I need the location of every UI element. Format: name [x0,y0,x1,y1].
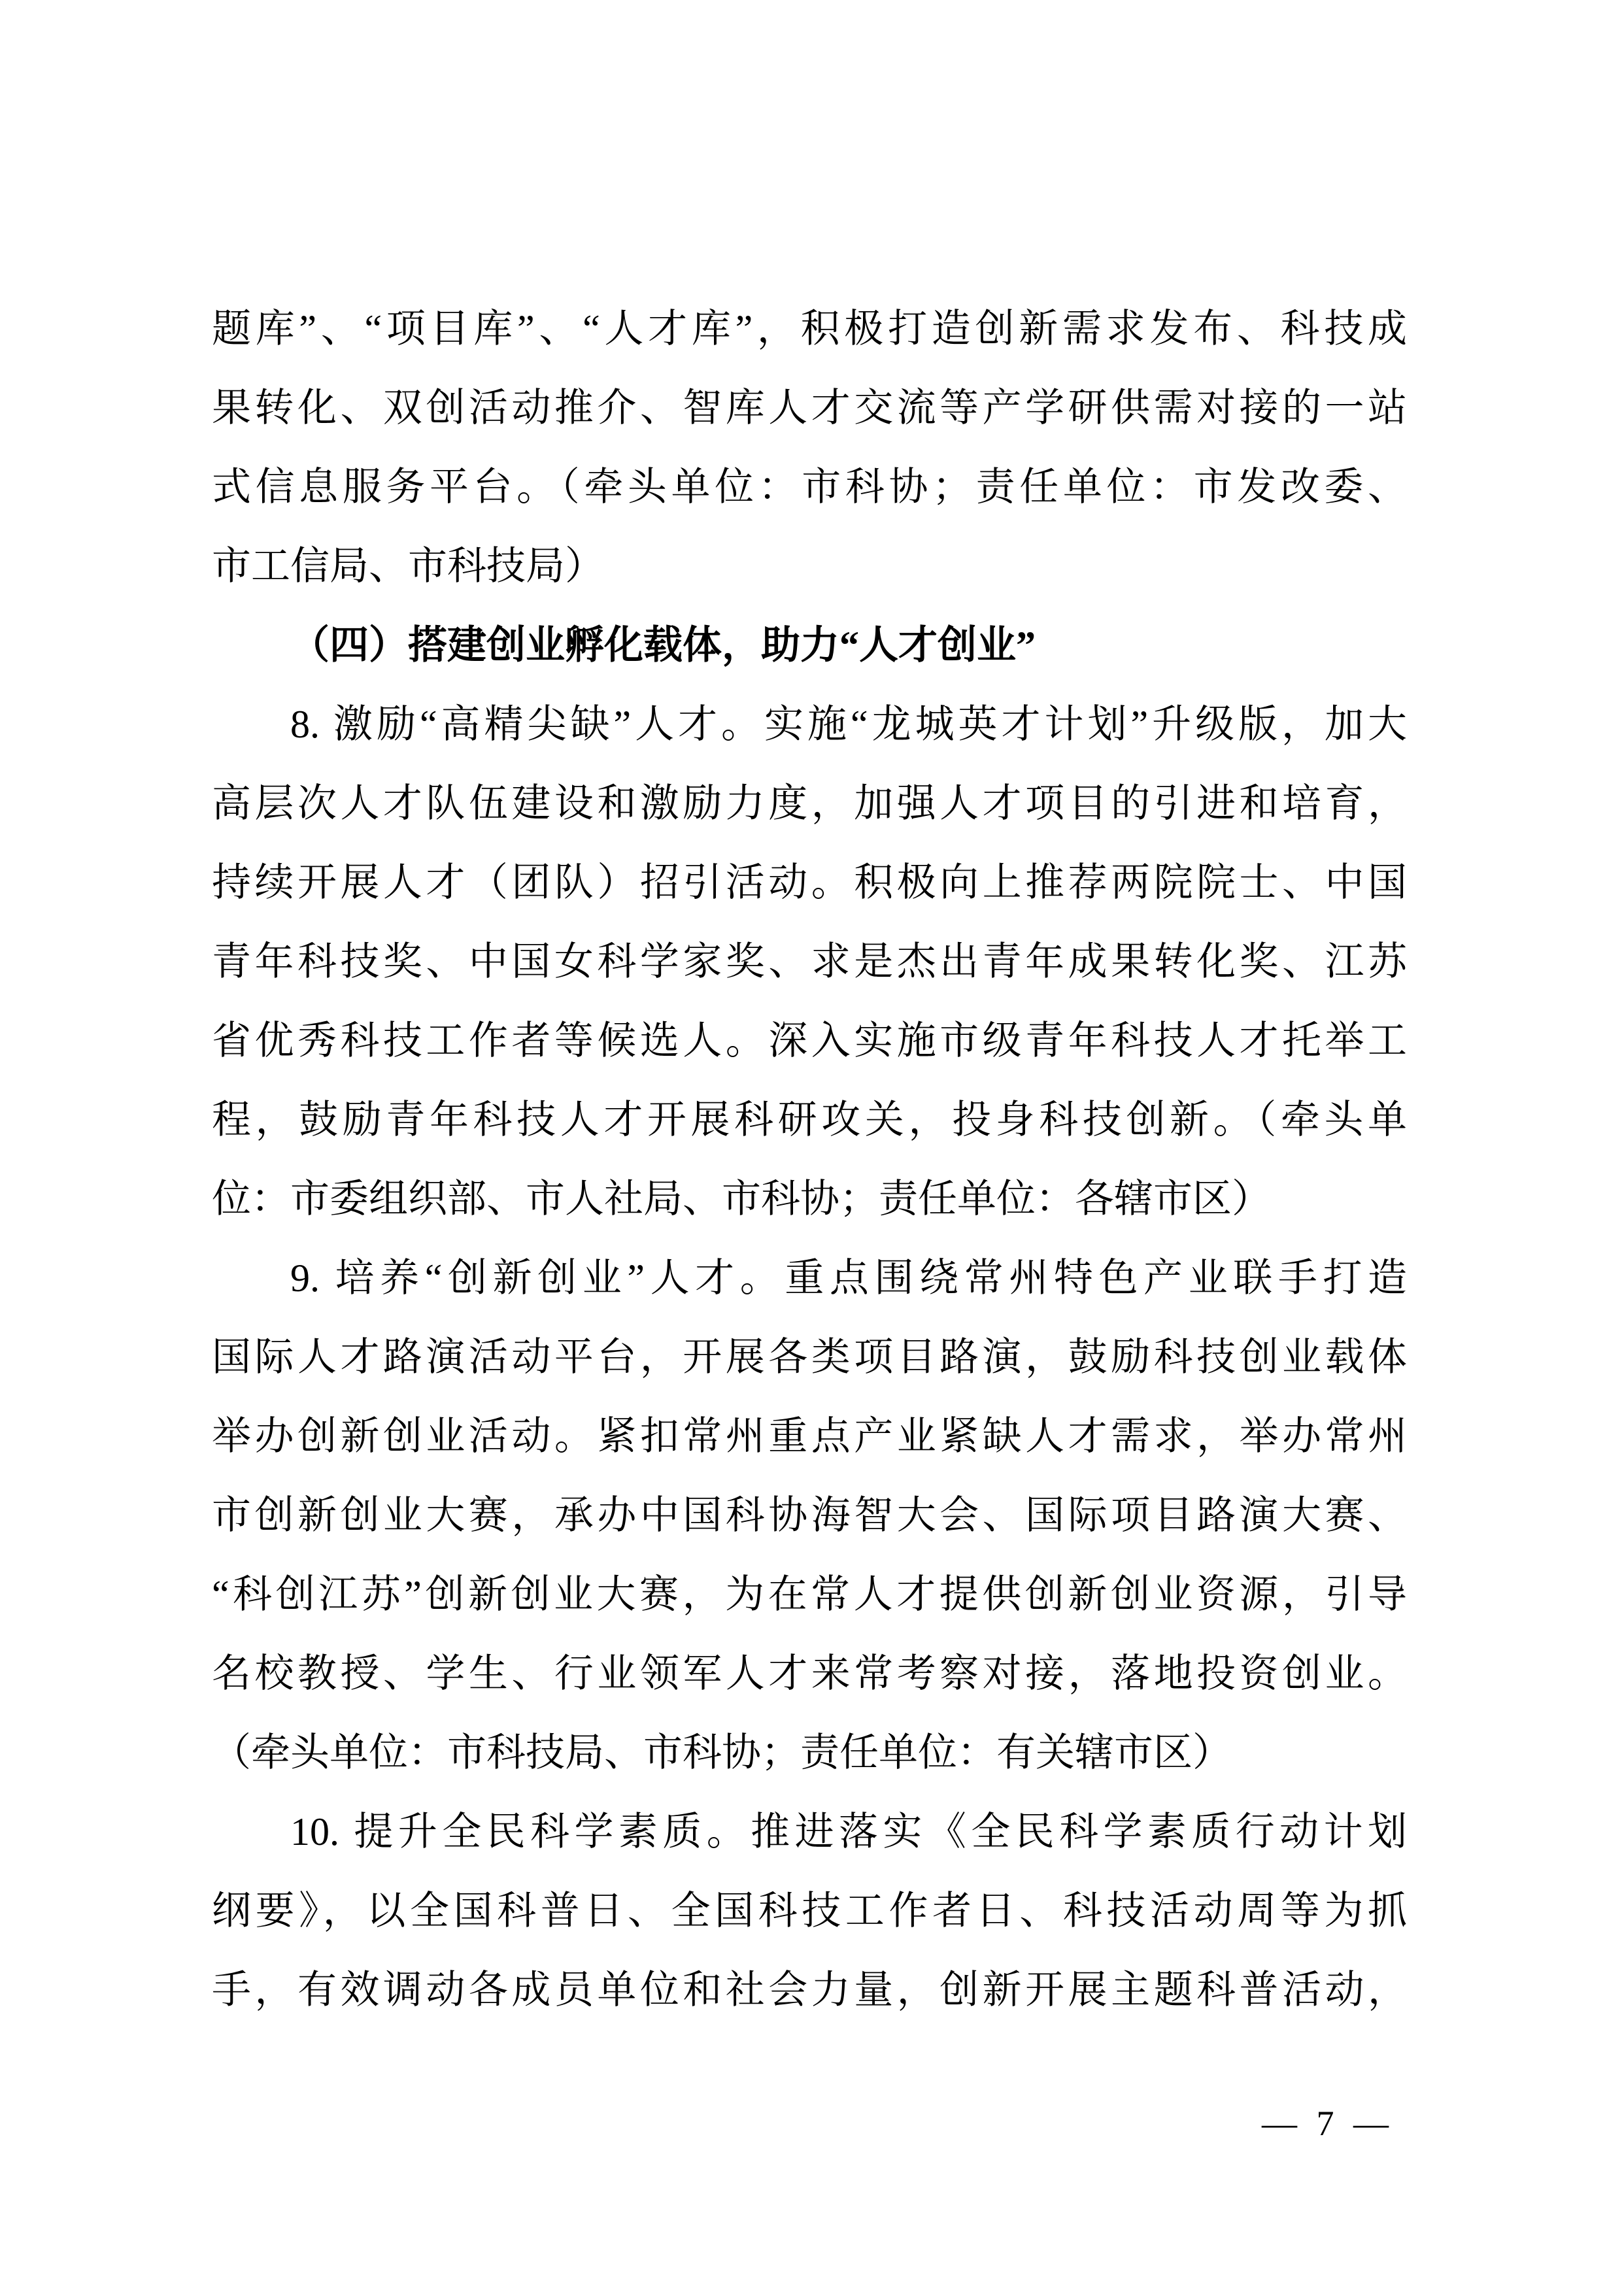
text-line-item-8: 8. 激励“高精尖缺”人才。实施“龙城英才计划”升级版，加大 [212,685,1407,764]
text-line: 持续开展人才（团队）招引活动。积极向上推荐两院院士、中国 [212,843,1407,922]
text-line: 国际人才路演活动平台，开展各类项目路演，鼓励科技创业载体 [212,1318,1407,1397]
page-number: — 7 — [1262,2097,1394,2150]
document-page: 题库”、“项目库”、“人才库”，积极打造创新需求发布、科技成 果转化、双创活动推… [0,0,1624,2294]
text-line: 举办创新创业活动。紧扣常州重点产业紧缺人才需求，举办常州 [212,1397,1407,1476]
text-line-item-10: 10. 提升全民科学素质。推进落实《全民科学素质行动计划 [212,1793,1407,1872]
text-line: 题库”、“项目库”、“人才库”，积极打造创新需求发布、科技成 [212,290,1407,369]
text-line: 果转化、双创活动推介、智库人才交流等产学研供需对接的一站 [212,369,1407,448]
text-line: 市创新创业大赛，承办中国科协海智大会、国际项目路演大赛、 [212,1476,1407,1555]
text-line: 纲要》，以全国科普日、全国科技工作者日、科技活动周等为抓 [212,1872,1407,1951]
text-line: “科创江苏”创新创业大赛，为在常人才提供创新创业资源，引导 [212,1555,1407,1634]
text-line: 式信息服务平台。（牵头单位：市科协；责任单位：市发改委、 [212,448,1407,527]
text-line: 程，鼓励青年科技人才开展科研攻关，投身科技创新。（牵头单 [212,1081,1407,1160]
text-line: 名校教授、学生、行业领军人才来常考察对接，落地投资创业。 [212,1634,1407,1713]
text-block: 题库”、“项目库”、“人才库”，积极打造创新需求发布、科技成 果转化、双创活动推… [212,290,1407,2030]
section-heading-4: （四）搭建创业孵化载体，助力“人才创业” [212,606,1407,685]
text-line: 手，有效调动各成员单位和社会力量，创新开展主题科普活动， [212,1951,1407,2030]
text-line: 市工信局、市科技局） [212,527,1407,606]
text-line: （牵头单位：市科技局、市科协；责任单位：有关辖市区） [212,1713,1407,1793]
text-line: 青年科技奖、中国女科学家奖、求是杰出青年成果转化奖、江苏 [212,922,1407,1002]
text-line: 省优秀科技工作者等候选人。深入实施市级青年科技人才托举工 [212,1002,1407,1081]
text-line: 位：市委组织部、市人社局、市科协；责任单位：各辖市区） [212,1160,1407,1239]
text-line: 高层次人才队伍建设和激励力度，加强人才项目的引进和培育， [212,764,1407,843]
text-line-item-9: 9. 培养“创新创业”人才。重点围绕常州特色产业联手打造 [212,1239,1407,1318]
